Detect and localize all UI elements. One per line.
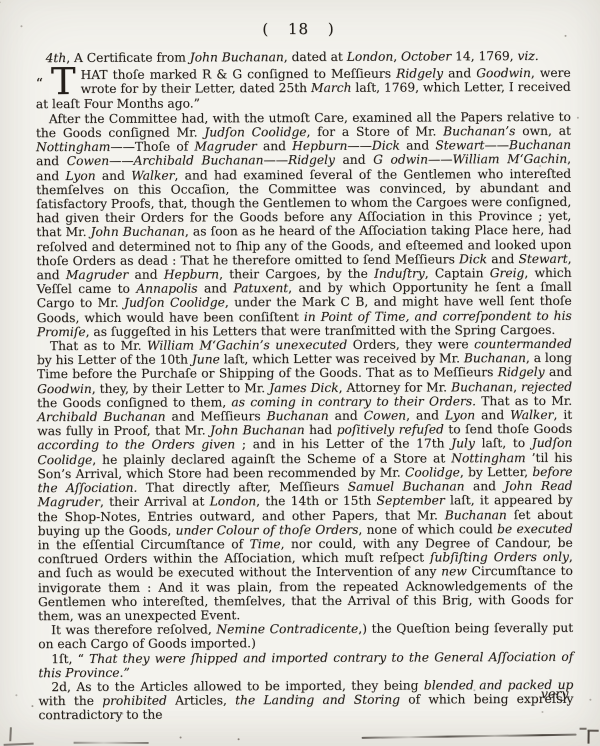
open-quote-mark: “ bbox=[36, 76, 44, 92]
resolved-paragraph: It was therefore reſolved, Nemine Contra… bbox=[38, 621, 573, 652]
quoted-certificate-paragraph: “THAT thoſe marked R & G conſigned to Me… bbox=[36, 66, 571, 111]
first-resolution-paragraph: 1ſt, “ That they were ſhipped and import… bbox=[38, 649, 573, 680]
drop-cap-letter: T bbox=[51, 69, 76, 95]
scan-artifact-corner-mark bbox=[587, 730, 598, 744]
catchword: very bbox=[541, 686, 569, 701]
scan-artifact-corner-dash bbox=[4, 743, 34, 746]
page-number: ( 18 ) bbox=[0, 19, 599, 40]
second-resolution-paragraph: 2d, As to the Articles allowed to be imp… bbox=[38, 678, 573, 723]
drop-cap-group: “T bbox=[36, 68, 76, 95]
scan-artifact-corner-mark-2 bbox=[580, 728, 587, 730]
scanned-document-page: ( 18 ) 4th, A Certificate from John Buch… bbox=[0, 0, 600, 746]
scan-artifact-bottom-dash bbox=[74, 742, 149, 744]
scan-artifact-left-tick bbox=[9, 727, 12, 741]
committee-examination-paragraph: After the Committee had, with the utmoſt… bbox=[36, 110, 572, 340]
text-block: 4th, A Certificate from John Buchanan, d… bbox=[36, 49, 574, 723]
page-content: ( 18 ) 4th, A Certificate from John Buch… bbox=[0, 0, 600, 746]
quoted-certificate-text: HAT thoſe marked R & G conſigned to Meſſ… bbox=[36, 66, 571, 111]
orders-countermanded-paragraph: That as to Mr. William M‘Gachin’s unexec… bbox=[37, 337, 573, 623]
scan-artifact-bottom-line bbox=[362, 734, 577, 739]
certificate-heading-line: 4th, A Certificate from John Buchanan, d… bbox=[36, 49, 571, 66]
